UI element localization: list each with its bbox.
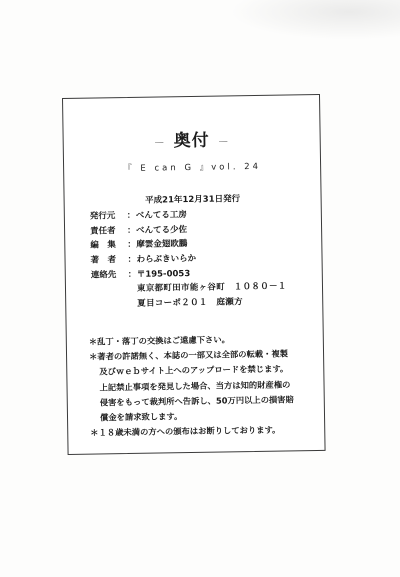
info-label: 連絡先: [91, 268, 128, 281]
info-colon: ：: [128, 268, 137, 280]
info-label: 著 者: [90, 253, 127, 266]
info-value: わらぶきいらか: [136, 252, 196, 265]
note-line: 侵害をもって裁判所へ告訴し、50万円以上の損害賠: [90, 392, 294, 410]
note-line: ＊１８歳未満の方への頒布はお断りしております。: [90, 423, 294, 441]
info-label: 責任者: [90, 224, 127, 237]
title-dash-left: －: [154, 136, 166, 149]
info-label: 発行元: [90, 209, 127, 222]
info-label: 編 集: [90, 238, 127, 251]
title-dash-right: －: [218, 135, 230, 148]
publication-name: 『 E can G 』vol. 24: [64, 159, 320, 175]
info-value: べんてる少佐: [136, 223, 187, 236]
info-colon: ：: [127, 238, 136, 250]
colophon-box: －奥付－ 『 E can G 』vol. 24 平成21年12月31日発行 発行…: [62, 94, 326, 455]
info-list: 発行元 ： べんてる工房 責任者 ： べんてる少佐 編 集 ： 摩雲金翅欧鵬 著…: [90, 206, 287, 311]
paper-shading: [230, 0, 400, 40]
info-value: べんてる工房: [136, 208, 187, 221]
postal-code: 〒195-0053: [137, 267, 191, 280]
title-text: 奥付: [174, 131, 210, 152]
info-colon: ：: [127, 209, 136, 221]
address-line-2: 夏目コーポ２０１ 庭瀬方: [91, 293, 287, 311]
notes: ＊乱丁・落丁の交換はご遠慮下さい。 ＊著者の許諾無く、本誌の一部又は全部の転載・…: [89, 331, 295, 441]
info-colon: ：: [127, 224, 136, 236]
page-title: －奥付－: [63, 124, 319, 153]
info-colon: ：: [127, 253, 136, 265]
info-value: 摩雲金翅欧鵬: [136, 238, 187, 251]
